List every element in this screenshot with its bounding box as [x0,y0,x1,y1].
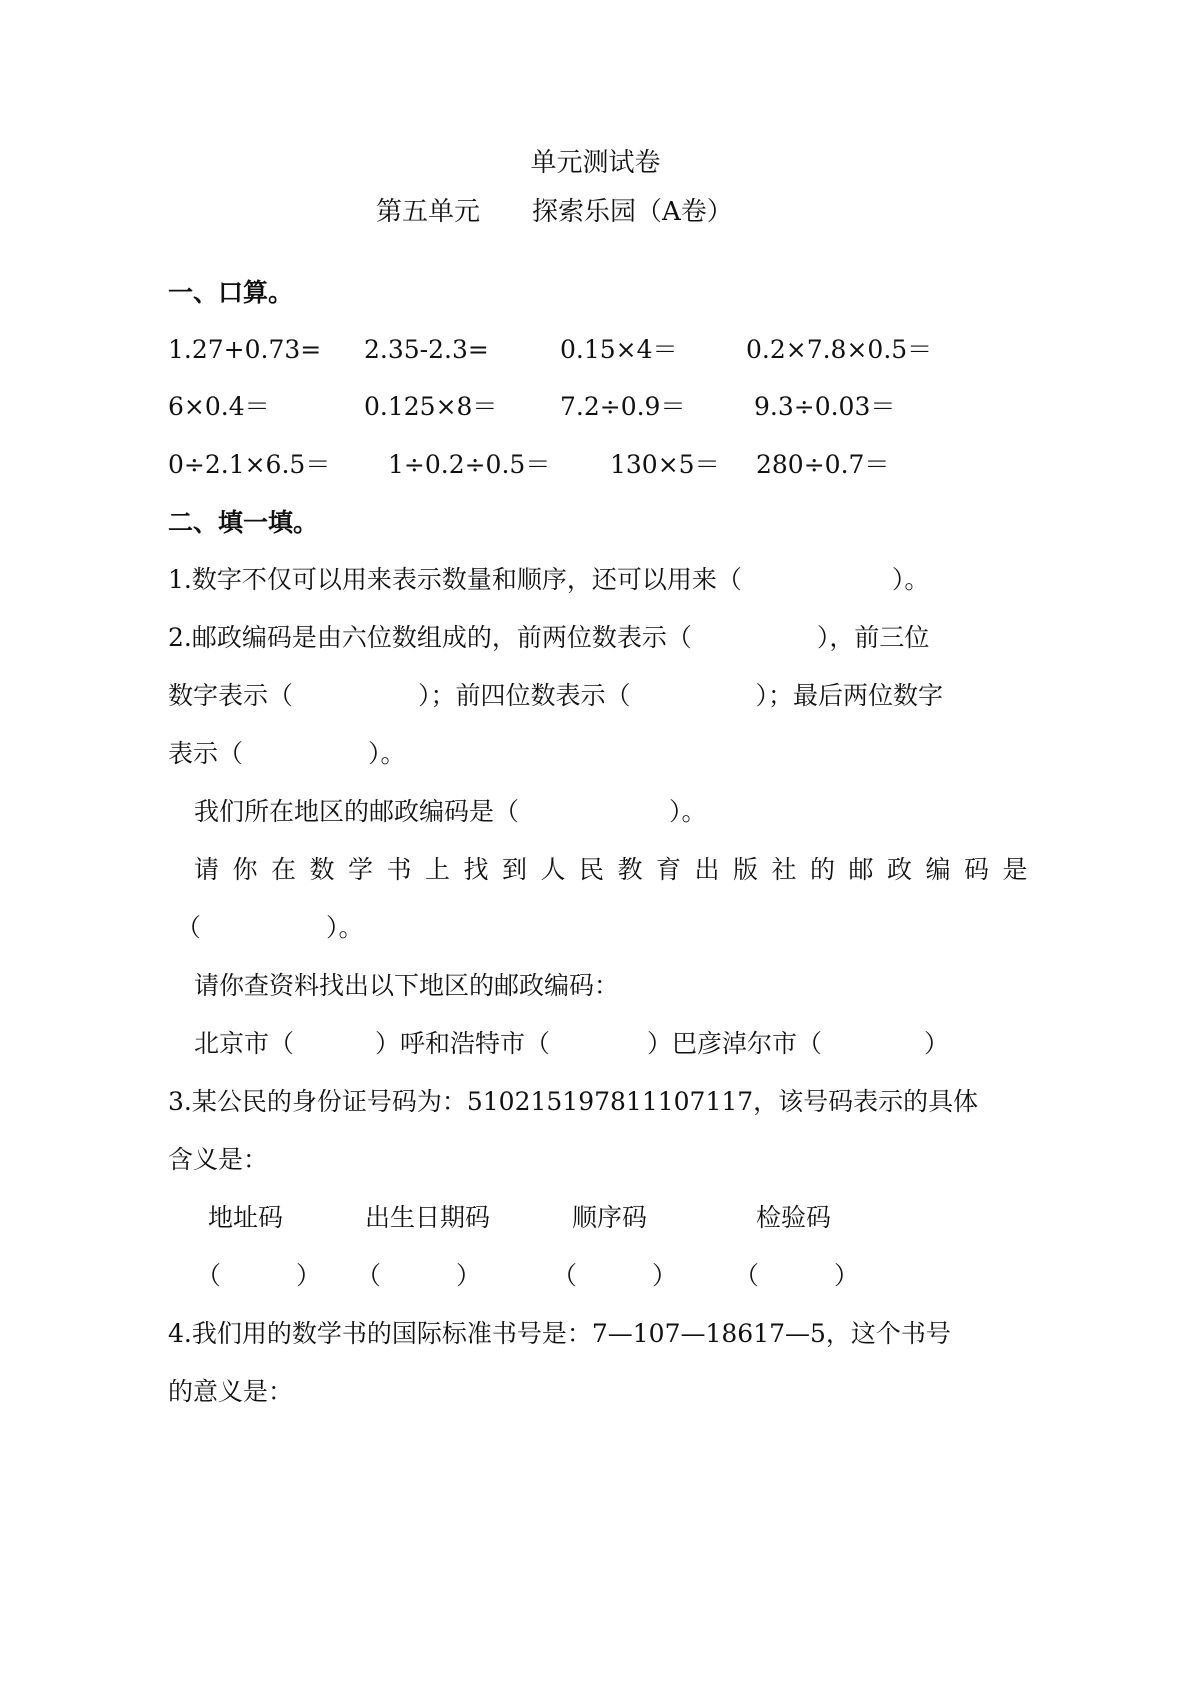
city-bayannur: 巴彦淖尔市（ [672,1029,822,1059]
pep-postcode-prompt: 请你在数学书上找到人民教育出版社的邮政编码是 [194,855,1041,885]
problem: 280÷0.7＝ [756,450,889,480]
city-hohhot: 呼和浩特市（ [400,1029,550,1059]
label-address-code: 地址码 [208,1203,283,1233]
problem: 130×5＝ [610,450,720,480]
problem: 0.125×8＝ [364,392,497,422]
problem: 0.15×4＝ [560,335,678,365]
local-postcode-prompt: 我们所在地区的邮政编码是（ ）。 [194,797,707,827]
unit-label: 第五单元 [376,197,480,227]
blank-birthdate-code: （ ） [356,1261,481,1291]
question-1: 1.数字不仅可以用来表示数量和顺序，还可以用来（ ）。 [168,565,929,595]
problem: 2.35-2.3= [364,335,489,365]
unit-topic: 探索乐园（A卷） [532,197,733,227]
city-close: ） [375,1029,400,1059]
blank-check-code: （ ） [734,1261,859,1291]
question-4-line1: 4.我们用的数学书的国际标准书号是：7—107—18617—5，这个书号 [168,1319,951,1349]
problem: 1.27+0.73= [168,335,321,365]
question-2-line3: 表示（ ）。 [168,739,406,769]
problem: 1÷0.2÷0.5＝ [388,450,550,480]
section2-heading: 二、填一填。 [168,508,318,538]
problem: 9.3÷0.03＝ [754,392,895,422]
label-check-code: 检验码 [756,1203,831,1233]
question-3-line2: 含义是： [168,1145,268,1175]
question-3-line1: 3.某公民的身份证号码为：510215197811107117，该号码表示的具体 [168,1087,978,1117]
label-sequence-code: 顺序码 [572,1203,647,1233]
question-2-line2: 数字表示（ ）；前四位数表示（ ）；最后两位数字 [168,681,943,711]
pep-postcode-blank: （ ）。 [176,913,364,943]
problem: 6×0.4＝ [168,392,270,422]
city-beijing: 北京市（ [194,1029,294,1059]
city-close: ） [924,1029,949,1059]
blank-address-code: （ ） [196,1261,321,1291]
problem: 0.2×7.8×0.5＝ [746,335,932,365]
lookup-prompt: 请你查资料找出以下地区的邮政编码： [194,971,619,1001]
page-title: 单元测试卷 [0,148,1191,178]
problem: 7.2÷0.9＝ [560,392,685,422]
blank-sequence-code: （ ） [552,1261,677,1291]
question-2-line1: 2.邮政编码是由六位数组成的，前两位数表示（ ），前三位 [168,623,929,653]
question-4-line2: 的意义是： [168,1377,293,1407]
label-birthdate-code: 出生日期码 [365,1203,490,1233]
section1-heading: 一、口算。 [168,278,293,308]
city-close: ） [647,1029,672,1059]
problem: 0÷2.1×6.5＝ [168,450,330,480]
